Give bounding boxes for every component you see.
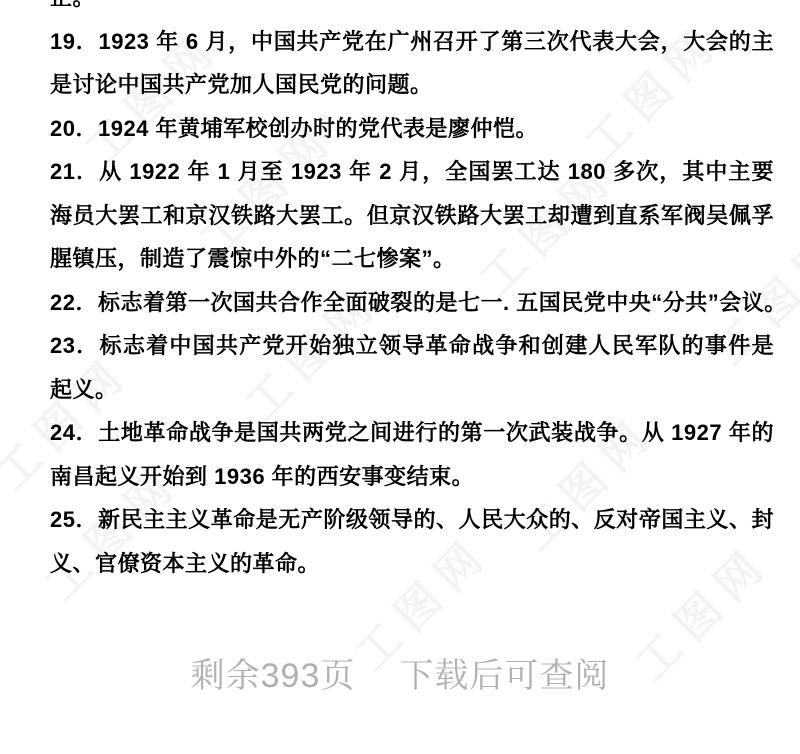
text-line: 起义。 <box>50 368 774 412</box>
text-line-item19: 19．1923 年 6 月，中国共产党在广州召开了第三次代表大会，大会的主要议程 <box>50 20 774 64</box>
text-line: 义、官僚资本主义的革命。 <box>50 542 774 586</box>
text-line-item22: 22．标志着第一次国共合作全面破裂的是七一. 五国民党中央“分共”会议。 <box>50 281 774 325</box>
text-line-item23: 23．标志着中国共产党开始独立领导革命战争和创建人民军队的事件是 南昌 <box>50 324 774 368</box>
text-line: 腥镇压，制造了震惊中外的“二七惨案”。 <box>50 237 774 281</box>
text-line-item20: 20．1924 年黄埔军校创办时的党代表是廖仲恺。 <box>50 107 774 151</box>
document-page: 正。 19．1923 年 6 月，中国共产党在广州召开了第三次代表大会，大会的主… <box>50 0 774 585</box>
text-line-cutoff: 正。 <box>50 0 774 20</box>
download-hint-label: 下载后可查阅 <box>399 648 609 697</box>
text-line-item21: 21．从 1922 年 1 月至 1923 年 2 月，全国罢工达 180 多次… <box>50 150 774 194</box>
page-footer: 剩余393页 下载后可查阅 <box>0 648 800 697</box>
text-line-item24: 24．土地革命战争是国共两党之间进行的第一次武装战争。从 1927 年的八一 <box>50 411 774 455</box>
text-line: 海员大罢工和京汉铁路大罢工。但京汉铁路大罢工却遭到直系军阀吴佩孚的血 <box>50 194 774 238</box>
text-line-item25: 25．新民主主义革命是无产阶级领导的、人民大众的、反对帝国主义、封建主 <box>50 498 774 542</box>
text-line: 是讨论中国共产党加人国民党的问题。 <box>50 63 774 107</box>
remaining-pages-label: 剩余393页 <box>191 648 356 697</box>
text-line: 南昌起义开始到 1936 年的西安事变结束。 <box>50 455 774 499</box>
